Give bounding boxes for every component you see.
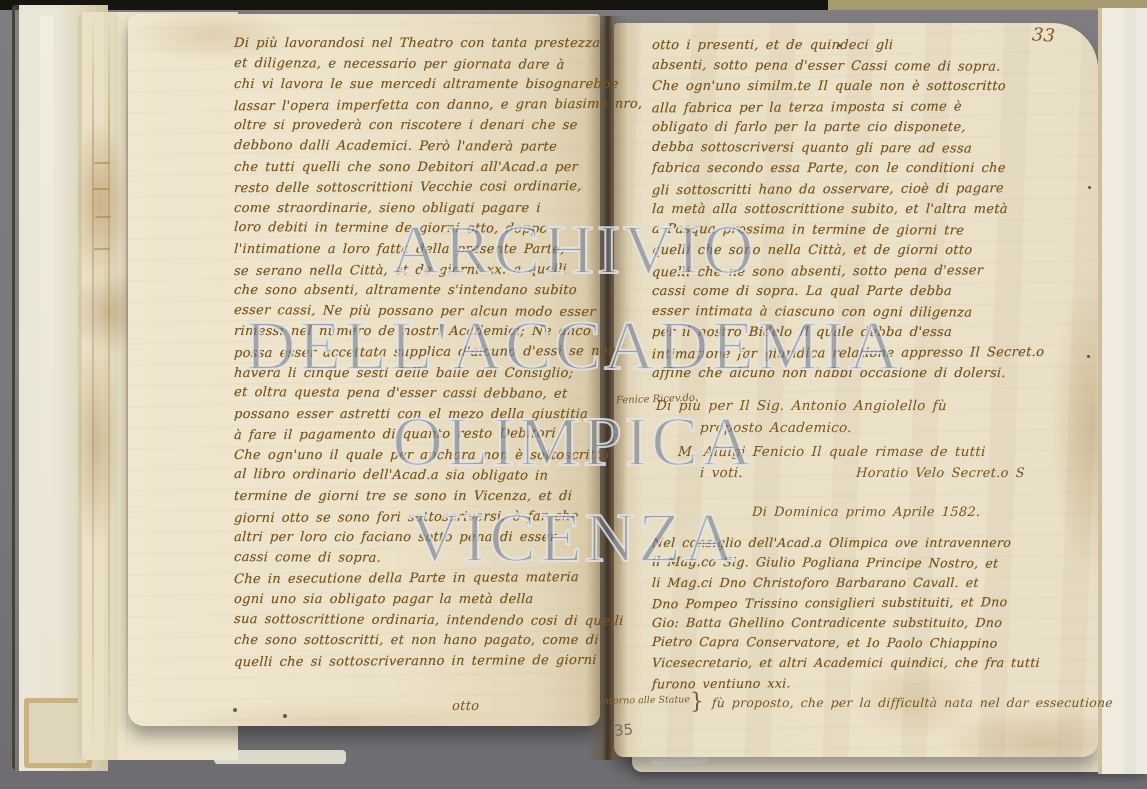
handwritten-line: intimatione far giuridica relatione appr… <box>651 342 1088 365</box>
handwritten-line: absenti, sotto pena d'esser Cassi come d… <box>651 55 1088 78</box>
proposal-line: fù proposto, che per la difficultà nata … <box>712 695 1114 710</box>
handwritten-line: Che ogn'uno similm.te Il quale non è sot… <box>651 77 1088 98</box>
endpaper-edge <box>40 16 54 760</box>
handwritten-line: possa esser accettata supplica d'alcuno … <box>233 342 612 365</box>
handwritten-line: Gio: Batta Ghellino Contradicente substi… <box>651 613 1100 633</box>
council-text-block: Nel consiglio dell'Acad.a Olimpica ove i… <box>652 533 1100 693</box>
folio-edge-line <box>108 12 110 760</box>
handwritten-line: sua sottoscrittione ordinaria, intendend… <box>233 610 612 633</box>
handwritten-line: et diligenza, e necessario per giornata … <box>233 54 612 77</box>
left-page-text-block: Di più lavorandosi nel Theatro con tanta… <box>234 34 612 672</box>
entry-line: M. Aluigi Fenicio Il quale rimase de tut… <box>678 444 987 460</box>
handwritten-line: lassar l'opera imperfetta con danno, e g… <box>233 95 612 118</box>
handwritten-line: a Pasqua prossima in termine de giorni t… <box>651 219 1088 242</box>
handwritten-line: cassi come di sopra. La qual Parte debba <box>651 282 1088 303</box>
handwritten-line: se serano nella Città, et de giorni xx. … <box>233 259 612 282</box>
handwritten-line: altri per loro cio faciano sotto pena di… <box>233 528 612 549</box>
handwritten-line: come straordinarie, sieno obligati pagar… <box>233 199 612 220</box>
handwritten-line: fabrica secondo essa Parte, con le condi… <box>651 159 1088 180</box>
margin-bracket: } <box>690 689 704 714</box>
handwritten-line: rimessi nel numero de nostri Academici; … <box>233 322 612 343</box>
handwritten-line: alla fabrica per la terza imposta si com… <box>651 96 1088 119</box>
handwritten-line: possano esser astretti con el mezo della… <box>233 405 612 426</box>
handwritten-line: gli sottoscritti hano da osservare, cioè… <box>651 178 1088 201</box>
ink-speck <box>1088 186 1091 189</box>
handwritten-line: la metà alla sottoscrittione subito, et … <box>651 200 1088 221</box>
paper-scrap <box>214 750 346 764</box>
handwritten-line: esser cassi, Ne più possano per alcun mo… <box>233 301 612 324</box>
handwritten-line: ogni uno sia obligato pagar la metà dell… <box>233 590 612 611</box>
handwritten-line: Vicesecretario, et altri Academici quind… <box>651 653 1100 673</box>
handwritten-line: quelli che si sottoscriveranno in termin… <box>233 651 612 674</box>
handwritten-line: Di più lavorandosi nel Theatro con tanta… <box>233 34 612 55</box>
entry-line: Di più per Il Sig. Antonio Angiolello fù <box>656 398 948 414</box>
handwritten-line: quelli che ne sono absenti, sotto pena d… <box>651 260 1088 283</box>
handwritten-line: loro debiti in termine de giorni otto, d… <box>233 218 612 241</box>
handwritten-line: affine che alcuno non habbi occasione di… <box>651 364 1088 385</box>
date-heading: Di Dominica primo Aprile 1582. <box>752 505 981 520</box>
handwritten-line: che sono absenti, altramente s'intendano… <box>233 281 612 302</box>
handwritten-line: chi vi lavora le sue mercedi altramente … <box>233 75 612 96</box>
handwritten-line: Che ogn'uno il quale per anchora non è s… <box>233 446 612 467</box>
handwritten-line: Che in esecutione della Parte in questa … <box>233 568 612 591</box>
handwritten-line: al libro ordinario dell'Acad.a sia oblig… <box>233 465 612 488</box>
faint-margin-mark <box>95 216 111 218</box>
handwritten-line: obligato di farlo per la parte cio dispo… <box>651 118 1088 139</box>
faint-margin-mark <box>94 248 110 250</box>
right-page-text-block: otto i presenti, et de quindeci gliabsen… <box>652 36 1088 385</box>
handwritten-line: resto delle sottoscrittioni Vecchie cosi… <box>233 177 612 200</box>
handwritten-line: quelli che sono nella Città, et de giorn… <box>651 241 1088 262</box>
handwritten-line: il Mag.co Sig. Giulio Pogliana Principe … <box>651 552 1100 574</box>
manuscript-scan: Di più lavorandosi nel Theatro con tanta… <box>0 0 1147 789</box>
ink-speck <box>233 708 237 712</box>
catchword: otto <box>452 699 480 714</box>
handwritten-line: giorni otto se sono fori sottoscriversi,… <box>233 507 612 530</box>
handwritten-line: furono ventiuno xxi. <box>651 672 1100 695</box>
handwritten-line: oltre si provederà con riscotere i denar… <box>233 116 612 137</box>
handwritten-line: Pietro Capra Conservatore, et Io Paolo C… <box>651 632 1100 654</box>
margin-note-statue-label: intorno alle Statue <box>600 694 690 707</box>
handwritten-line: otto i presenti, et de quindeci gli <box>651 36 1088 57</box>
handwritten-line: l'intimatione a loro fatta della present… <box>233 240 612 261</box>
folio-number-pencil: 35 <box>613 720 634 740</box>
margin-note-statue: intorno alle Statue} <box>600 689 704 716</box>
handwritten-line: che sono sottoscritti, et non hano pagat… <box>233 631 612 652</box>
handwritten-line: li Mag.ci Dno Christoforo Barbarano Cava… <box>651 573 1100 593</box>
handwritten-line: debbono dalli Academici. Però l'anderà p… <box>233 136 612 159</box>
fore-edge-pages-right <box>1098 8 1147 774</box>
handwritten-line: debba sottoscriversi quanto gli pare ad … <box>651 137 1088 160</box>
handwritten-line: per il nostro Bidelo Il quale debba d'es… <box>651 323 1088 344</box>
handwritten-line: termine de giorni tre se sono in Vicenza… <box>233 487 612 508</box>
ink-speck <box>283 714 287 718</box>
faint-margin-mark <box>94 162 110 164</box>
folio-edge-line <box>92 12 94 760</box>
handwritten-line: che tutti quelli che sono Debitori all'A… <box>233 158 612 179</box>
entry-line: i voti. <box>700 465 744 481</box>
handwritten-line: haverà li cinque sesti delle balle del C… <box>233 364 612 385</box>
secretary-signature: Horatio Velo Secret.o S <box>856 466 1026 481</box>
handwritten-line: à fare il pagamento di quanto resto Debi… <box>233 424 612 447</box>
folio-number-ink: 33 <box>1031 24 1055 47</box>
faint-margin-mark <box>93 188 109 190</box>
entry-line: proposto Academico. <box>700 420 853 436</box>
handwritten-line: esser intimata à ciascuno con ogni dilig… <box>651 301 1088 324</box>
handwritten-line: et oltra questa pena d'esser cassi debba… <box>233 383 612 406</box>
handwritten-line: cassi come di sopra. <box>233 548 612 571</box>
handwritten-line: Dno Pompeo Trissino consiglieri substitu… <box>651 592 1100 615</box>
handwritten-line: Nel consiglio dell'Acad.a Olimpica ove i… <box>651 533 1100 553</box>
